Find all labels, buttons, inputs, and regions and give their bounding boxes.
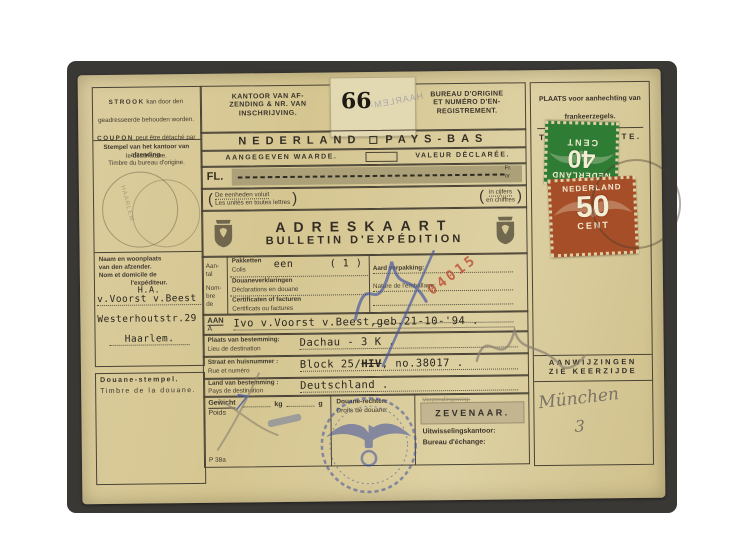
blue-pencil-scribble bbox=[330, 243, 462, 379]
dashed-fill-line bbox=[238, 173, 505, 178]
sender-city: Haarlem. bbox=[110, 333, 190, 346]
francs-gold-label: Fr. or bbox=[505, 165, 512, 180]
pencil-note-number: 3 bbox=[574, 417, 584, 436]
sender-street: Westerhoutstr.29 bbox=[97, 313, 197, 325]
row-label-fr: Déclarations en douane bbox=[232, 285, 299, 294]
exchange-label-fr: Bureau d'échange: bbox=[423, 439, 486, 448]
fl-prefix: FL. bbox=[207, 171, 224, 183]
form-number: P 38a bbox=[209, 457, 226, 465]
field-label-nl: Plaats van bestemming: bbox=[208, 336, 280, 345]
amount-bar bbox=[232, 165, 522, 185]
sender-name: v.Voorst v.Beest bbox=[97, 293, 201, 306]
aantal-label: Aan- tal bbox=[206, 263, 219, 279]
stamps-placement-label: PLAATS voor aanhechting van frankeerzege… bbox=[531, 87, 649, 124]
dove-wings-icon bbox=[547, 135, 616, 171]
registration-label: 66 HAARLEM- bbox=[330, 76, 417, 137]
cancellation-postmark bbox=[591, 158, 682, 249]
origin-stamp-label-fr: Timbre du bureau d'origine. bbox=[96, 159, 198, 168]
country-fr: PAYS-BAS bbox=[385, 133, 488, 146]
country-nl: NEDERLAND bbox=[238, 134, 361, 147]
offset-ghost-text: HAARLEM- bbox=[368, 91, 423, 111]
packet-count-word: een bbox=[274, 259, 294, 270]
paren-icon: ) bbox=[517, 187, 522, 204]
paren-icon: ( bbox=[208, 191, 213, 208]
field-label-fr: Lieu de destination bbox=[208, 345, 261, 353]
eagle-customs-stamp-icon bbox=[317, 393, 420, 496]
origin-stamp-label-nl: Stempel van het kantoor van afzending. bbox=[95, 143, 197, 160]
left-column: STROOK kan door den geadresseerde behoud… bbox=[92, 86, 205, 367]
divider bbox=[95, 251, 203, 253]
declared-value-fr: VALEUR DÉCLARÉE. bbox=[415, 151, 510, 160]
scanned-photo-background: STROOK kan door den geadresseerde behoud… bbox=[67, 61, 677, 513]
pencil-scribble bbox=[468, 316, 589, 381]
coat-of-arms-icon bbox=[492, 215, 518, 245]
zevenaar-label: ZEVENAAR. bbox=[420, 401, 524, 424]
paren-icon: ) bbox=[292, 190, 297, 207]
paren-icon: ( bbox=[479, 188, 484, 205]
column-divider bbox=[227, 257, 229, 315]
declared-value-nl: AANGEGEVEN WAARDE. bbox=[225, 153, 337, 163]
kantoor-header: KANTOOR VAN AF- ZENDING & NR. VAN INSCHR… bbox=[205, 92, 331, 119]
value-entry-box bbox=[365, 152, 397, 162]
units-in-words: ( De eenheden voluit Les unités en toute… bbox=[208, 190, 297, 208]
pencil-note-city: München bbox=[537, 384, 620, 413]
exchange-label-nl: Uitwisselingskantoor: bbox=[423, 428, 496, 437]
row-label-nl: Pakketten bbox=[232, 257, 262, 265]
nombre-label: Nom- bre de bbox=[206, 285, 222, 309]
strook-text: STROOK kan door den geadresseerde behoud… bbox=[98, 98, 194, 124]
row-label-fr: Certificats ou factures bbox=[232, 304, 293, 313]
sender-label: Naam en woonplaats van den afzender. Nom… bbox=[99, 255, 199, 288]
units-in-figures: ( in cijfers en chiffres ) bbox=[479, 187, 522, 204]
bureau-header: BUREAU D'ORIGINE ET NUMÉRO D'EN- REGISTR… bbox=[413, 90, 521, 116]
parcel-card: STROOK kan door den geadresseerde behoud… bbox=[78, 69, 666, 505]
field-label-nl: Straat en huisnummer : bbox=[208, 358, 278, 367]
registration-number: 66 bbox=[341, 88, 372, 114]
pencil-mark bbox=[207, 369, 298, 456]
postmark-circle bbox=[132, 179, 201, 248]
row-label-nl: Douaneverklaringen bbox=[232, 277, 293, 286]
square-ornament bbox=[369, 136, 377, 144]
aan-label: AAN bbox=[207, 316, 223, 326]
coat-of-arms-icon bbox=[210, 219, 236, 249]
customs-stamp-label-nl: Douane-stempel. bbox=[100, 376, 179, 385]
row-label-fr: Colis bbox=[232, 266, 246, 274]
exchange-office-cell: Verzendingsweg: ZEVENAAR. Uitwisselingsk… bbox=[418, 393, 527, 464]
customs-stamp-box: Douane-stempel. Timbre de la douane. bbox=[95, 372, 206, 485]
row-label-nl: Certificaten of facturen bbox=[232, 296, 301, 305]
customs-stamp-label-fr: Timbre de la douane. bbox=[100, 387, 196, 396]
